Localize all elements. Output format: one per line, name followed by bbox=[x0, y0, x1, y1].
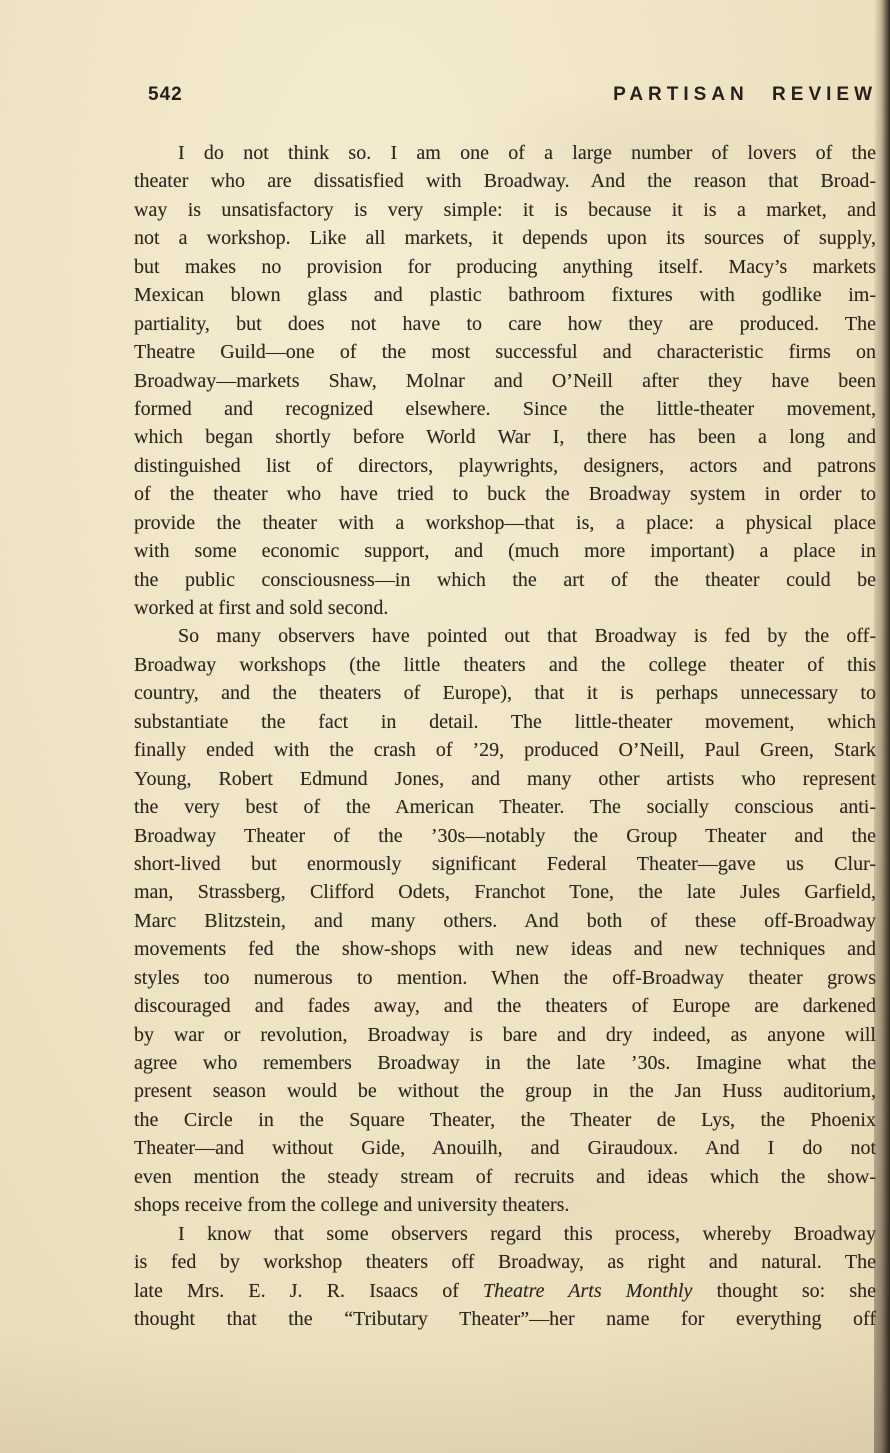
paragraph: I do not think so. I am one of a large n… bbox=[134, 139, 876, 622]
text-line: Theatre Guild—one of the most successful… bbox=[134, 338, 876, 366]
text-line: is fed by workshop theaters off Broadway… bbox=[134, 1248, 876, 1276]
text-line: Mexican blown glass and plastic bathroom… bbox=[134, 281, 876, 309]
paragraph: I know that some observers regard this p… bbox=[134, 1220, 876, 1334]
text-line: by war or revolution, Broadway is bare a… bbox=[134, 1021, 876, 1049]
text-line: the Circle in the Square Theater, the Th… bbox=[134, 1106, 876, 1134]
text-line: which began shortly before World War I, … bbox=[134, 423, 876, 451]
text-line: thought that the “Tributary Theater”—her… bbox=[134, 1305, 876, 1333]
text-line: short-lived but enormously significant F… bbox=[134, 850, 876, 878]
text-line: finally ended with the crash of ’29, pro… bbox=[134, 736, 876, 764]
text-line: agree who remembers Broadway in the late… bbox=[134, 1049, 876, 1077]
page-header: 542 PARTISAN REVIEW bbox=[148, 84, 877, 106]
text-line: not a workshop. Like all markets, it dep… bbox=[134, 224, 876, 252]
text-line: Broadway—markets Shaw, Molnar and O’Neil… bbox=[134, 367, 876, 395]
text-line: even mention the steady stream of recrui… bbox=[134, 1163, 876, 1191]
text-line: theater who are dissatisfied with Broadw… bbox=[134, 167, 876, 195]
text-line: late Mrs. E. J. R. Isaacs of Theatre Art… bbox=[134, 1277, 876, 1305]
paragraph: So many observers have pointed out that … bbox=[134, 622, 876, 1219]
text-line: movements fed the show-shops with new id… bbox=[134, 935, 876, 963]
binding-edge-shadow bbox=[874, 0, 890, 1453]
text-line: shops receive from the college and unive… bbox=[134, 1191, 876, 1219]
text-line: provide the theater with a workshop—that… bbox=[134, 509, 876, 537]
text-line: formed and recognized elsewhere. Since t… bbox=[134, 395, 876, 423]
scanned-page: 542 PARTISAN REVIEW I do not think so. I… bbox=[0, 0, 890, 1453]
journal-title: PARTISAN REVIEW bbox=[613, 84, 877, 106]
text-line: Marc Blitzstein, and many others. And bo… bbox=[134, 907, 876, 935]
text-line: Broadway Theater of the ’30s—notably the… bbox=[134, 822, 876, 850]
page-number: 542 bbox=[148, 84, 183, 106]
text-line: the very best of the American Theater. T… bbox=[134, 793, 876, 821]
text-line: discouraged and fades away, and the thea… bbox=[134, 992, 876, 1020]
text-line: country, and the theaters of Europe), th… bbox=[134, 679, 876, 707]
text-line: distinguished list of directors, playwri… bbox=[134, 452, 876, 480]
text-line: styles too numerous to mention. When the… bbox=[134, 964, 876, 992]
page-body: I do not think so. I am one of a large n… bbox=[134, 139, 876, 1333]
text-line: Theater—and without Gide, Anouilh, and G… bbox=[134, 1134, 876, 1162]
text-line: way is unsatisfactory is very simple: it… bbox=[134, 196, 876, 224]
text-line: of the theater who have tried to buck th… bbox=[134, 480, 876, 508]
text-line: partiality, but does not have to care ho… bbox=[134, 310, 876, 338]
text-line: I know that some observers regard this p… bbox=[134, 1220, 876, 1248]
text-line: Broadway workshops (the little theaters … bbox=[134, 651, 876, 679]
text-line: worked at first and sold second. bbox=[134, 594, 876, 622]
text-line: with some economic support, and (much mo… bbox=[134, 537, 876, 565]
text-line: So many observers have pointed out that … bbox=[134, 622, 876, 650]
text-line: man, Strassberg, Clifford Odets, Francho… bbox=[134, 878, 876, 906]
text-line: present season would be without the grou… bbox=[134, 1077, 876, 1105]
text-line: but makes no provision for producing any… bbox=[134, 253, 876, 281]
text-line: substantiate the fact in detail. The lit… bbox=[134, 708, 876, 736]
text-line: I do not think so. I am one of a large n… bbox=[134, 139, 876, 167]
text-line: the public consciousness—in which the ar… bbox=[134, 566, 876, 594]
text-line: Young, Robert Edmund Jones, and many oth… bbox=[134, 765, 876, 793]
